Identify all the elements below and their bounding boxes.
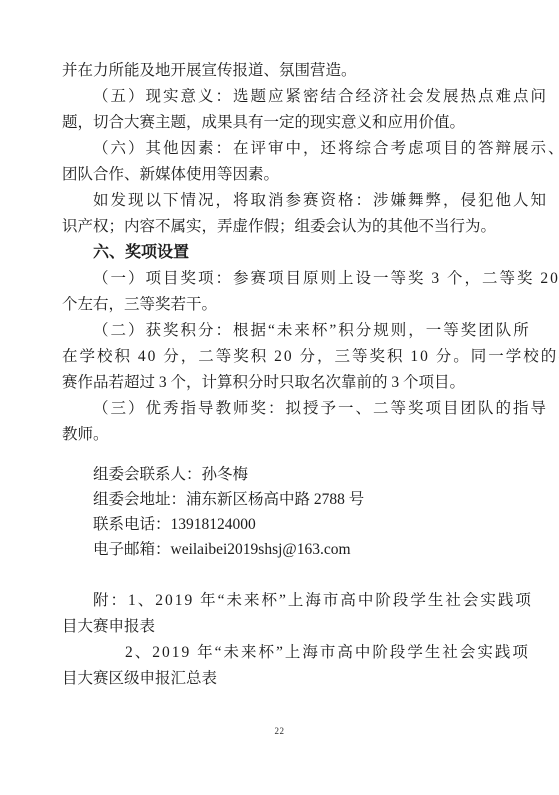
body-line: 赛作品若超过 3 个，计算积分时只取名次靠前的 3 个项目。 — [62, 370, 499, 396]
page-number: 22 — [0, 726, 559, 736]
contact-person-line: 组委会联系人：孙冬梅 — [62, 462, 499, 487]
contact-phone-line: 联系电话：13918124000 — [62, 512, 499, 537]
body-line: （六）其他因素：在评审中，还将综合考虑项目的答辩展示、 — [62, 136, 499, 162]
body-line: （一）项目奖项：参赛项目原则上设一等奖 3 个，二等奖 20 — [62, 266, 499, 292]
contact-info-block: 组委会联系人：孙冬梅 组委会地址：浦东新区杨高中路 2788 号 联系电话：13… — [62, 462, 499, 562]
contact-address-line: 组委会地址：浦东新区杨高中路 2788 号 — [62, 487, 499, 512]
document-page: 并在力所能及地开展宣传报道、氛围营造。 （五）现实意义：选题应紧密结合经济社会发… — [0, 0, 559, 795]
attachment-line: 2、2019 年“未来杯”上海市高中阶段学生社会实践项 — [62, 640, 499, 666]
body-line: （二）获奖积分：根据“未来杯”积分规则，一等奖团队所 — [62, 318, 499, 344]
section-heading-awards: 六、奖项设置 — [62, 240, 499, 266]
body-line: （五）现实意义：选题应紧密结合经济社会发展热点难点问 — [62, 84, 499, 110]
body-line: 在学校积 40 分，二等奖积 20 分，三等奖积 10 分。同一学校的参 — [62, 344, 499, 370]
body-line: 并在力所能及地开展宣传报道、氛围营造。 — [62, 58, 499, 84]
body-line: 个左右，三等奖若干。 — [62, 292, 499, 318]
contact-email-line: 电子邮箱：weilaibei2019shsj@163.com — [62, 537, 499, 562]
body-line: 团队合作、新媒体使用等因素。 — [62, 162, 499, 188]
body-line: 题，切合大赛主题，成果具有一定的现实意义和应用价值。 — [62, 110, 499, 136]
attachment-line: 目大赛申报表 — [62, 614, 499, 640]
attachment-line: 附：1、2019 年“未来杯”上海市高中阶段学生社会实践项 — [62, 588, 499, 614]
attachments-block: 附：1、2019 年“未来杯”上海市高中阶段学生社会实践项 目大赛申报表 2、2… — [62, 588, 499, 692]
body-line: （三）优秀指导教师奖：拟授予一、二等奖项目团队的指导 — [62, 396, 499, 422]
body-line: 教师。 — [62, 422, 499, 448]
attachment-line: 目大赛区级申报汇总表 — [62, 666, 499, 692]
body-line: 识产权；内容不属实，弄虚作假；组委会认为的其他不当行为。 — [62, 214, 499, 240]
body-line: 如发现以下情况，将取消参赛资格：涉嫌舞弊，侵犯他人知 — [62, 188, 499, 214]
document-body: 并在力所能及地开展宣传报道、氛围营造。 （五）现实意义：选题应紧密结合经济社会发… — [62, 58, 499, 448]
